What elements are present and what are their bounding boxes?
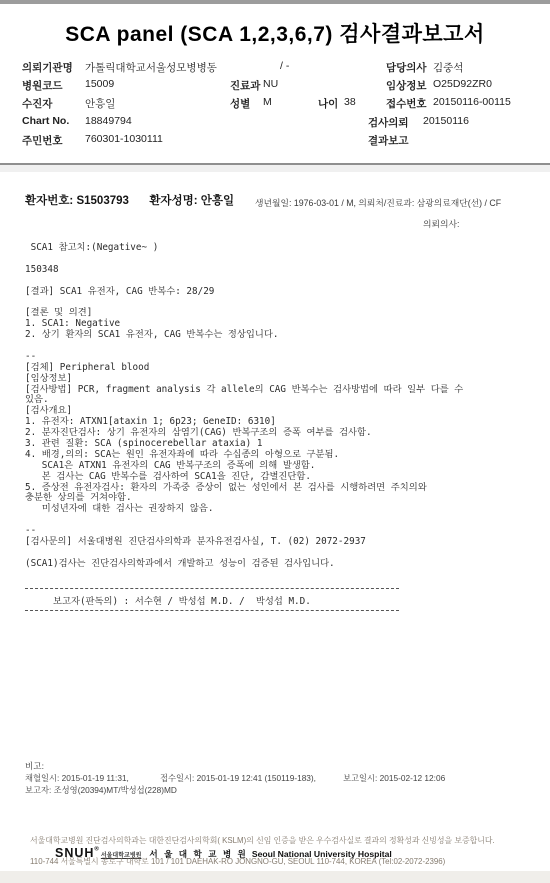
header-row-patient: 수진자 안흥일 성별 M 나이 38 접수번호 20150116-00115 (0, 96, 550, 112)
clinical-label: 임상정보 (386, 78, 427, 93)
org-label: 의뢰기관명 (22, 60, 73, 75)
lab-report-page: SCA panel (SCA 1,2,3,6,7) 검사결과보고서 의뢰기관명 … (0, 0, 550, 883)
age-label: 나이 (318, 96, 338, 111)
receipt-label: 접수번호 (386, 96, 427, 111)
report-line: [검체] Peripheral blood (25, 363, 540, 374)
report-line: [임상정보] (25, 374, 540, 385)
hospital-code-value: 15009 (85, 78, 114, 90)
sex-value: M (263, 96, 272, 108)
header-row-code: 병원코드 15009 진료과 NU 임상정보 O25D92ZR0 (0, 78, 550, 94)
hospital-code-label: 병원코드 (22, 78, 63, 93)
remarks-label: 비고: (25, 760, 44, 772)
report-line: [검사문의] 서울대병원 진단검사의학과 분자유전검사실, T. (02) 20… (25, 537, 540, 548)
hospital-address: 110-744 서울특별시 종로구 대학로 101 / 101 DAEHAK-R… (30, 856, 530, 867)
report-line (25, 515, 540, 526)
age-value: 38 (344, 96, 356, 108)
signature-divider-bottom (25, 610, 399, 611)
patient-id-label: 환자번호: (25, 195, 73, 207)
report-title: SCA panel (SCA 1,2,3,6,7) 검사결과보고서 (0, 18, 550, 48)
doctor-value: 김중석 (433, 60, 463, 75)
chart-no-label: Chart No. (22, 115, 69, 127)
registered-mark-icon: ® (94, 847, 98, 853)
sex-label: 성별 (230, 96, 250, 111)
report-line: 본 검사는 CAG 반복수를 검사하여 SCA1을 진단, 감별진단함. (25, 472, 540, 483)
report-date-label: 결과보고 (368, 133, 409, 148)
signature-divider-top (25, 588, 399, 589)
report-line (25, 254, 540, 265)
report-line: (SCA1)검사는 진단검사의학과에서 개발하고 성능이 검증된 검사입니다. (25, 559, 540, 570)
header-row-org: 의뢰기관명 가톨릭대학교서울성모병병동 / - 담당의사 김중석 (0, 60, 550, 76)
patient-birth-info: 생년월일: 1976-03-01 / M, 의뢰처/진료과: 삼광의료재단(선)… (255, 196, 501, 209)
patient-label: 수진자 (22, 96, 52, 111)
request-date-value: 20150116 (423, 115, 469, 127)
receipt-time: 접수일시: 2015-01-19 12:41 (150119-183), (160, 772, 316, 784)
report-line: [검사방법] PCR, fragment analysis 각 allele의 … (25, 385, 540, 396)
referring-doctor-label: 의뢰의사: (423, 217, 459, 230)
report-line: [결과] SCA1 유전자, CAG 반복수: 28/29 (25, 287, 540, 298)
reporter-signature-line: 보고자(판독의) : 서수현 / 박성섭 M.D. / 박성섭 M.D. (53, 593, 311, 607)
doctor-label: 담당의사 (386, 60, 427, 75)
report-line (25, 297, 540, 308)
top-gray-bar (0, 0, 550, 4)
header-row-resident: 주민번호 760301-1030111 결과보고 (0, 133, 550, 149)
report-body: SCA1 참고치:(Negative~ ) 150348 [결과] SCA1 유… (25, 243, 540, 570)
patient-id-value: S1503793 (76, 195, 128, 207)
header-row-chart: Chart No. 18849794 검사의뢰 20150116 (0, 115, 550, 131)
clinical-value: O25D92ZR0 (433, 78, 492, 90)
dept-label: 진료과 (230, 78, 260, 93)
request-date-label: 검사의뢰 (368, 115, 409, 130)
report-line: 있음. (25, 395, 540, 406)
patient-name-label: 환자성명: (149, 195, 197, 207)
dept-value: NU (263, 78, 278, 90)
report-line: 미성년자에 대한 검사는 권장하지 않음. (25, 504, 540, 515)
org-extra: / - (280, 60, 289, 72)
draw-time: 채혈일시: 2015-01-19 11:31, (25, 772, 129, 784)
resident-no-label: 주민번호 (22, 133, 63, 148)
report-line (25, 276, 540, 287)
chart-no-value: 18849794 (85, 115, 132, 127)
receipt-value: 20150116-00115 (433, 96, 511, 108)
remarks-reporter: 보고자: 조성영(20394)MT/박성섭(228)MD (25, 784, 177, 796)
report-line (25, 341, 540, 352)
patient-name-value: 안흥일 (201, 195, 234, 207)
patient-id-bar: 환자번호: S1503793 환자성명: 안흥일 (25, 192, 234, 208)
resident-no-value: 760301-1030111 (85, 133, 163, 145)
report-time: 보고일시: 2015-02-12 12:06 (343, 772, 445, 784)
patient-value: 안흥일 (85, 96, 115, 111)
bottom-gray-bar (0, 871, 550, 883)
report-line: SCA1 참고치:(Negative~ ) (25, 243, 540, 254)
report-line: 150348 (25, 265, 540, 276)
org-value: 가톨릭대학교서울성모병병동 (85, 60, 217, 75)
header-divider (0, 163, 550, 172)
report-line: 2. 상기 환자의 SCA1 유전자, CAG 반복수는 정상입니다. (25, 330, 540, 341)
